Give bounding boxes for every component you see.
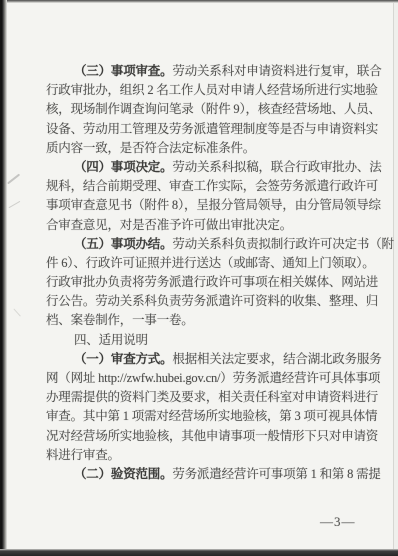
paragraph-sec4-line: 合审查意见，对是否准予许可做出审批决定。 (46, 216, 368, 235)
scan-artifact (13, 308, 21, 316)
paragraph-sec3-line: 行政审批办，组织 2 名工作人员对申请人经营场所进行实地验 (46, 81, 368, 100)
paragraph-sec3-text: 劳动关系科对申请资料进行复审，联合 (172, 64, 381, 78)
paragraph-sec4-line: 事项审查意见书（附件 8），呈报分管局领导，由分管局领导综 (46, 196, 368, 215)
paragraph-sec4-line: （四）事项决定。劳动关系科拟稿，联合行政审批办、法 (46, 158, 368, 177)
paragraph-sec5-lead: （五）事项办结。 (74, 237, 172, 251)
paragraph-use1-line: 审查。其中第 1 项需对经营场所实地验核，第 3 项可视具体情 (46, 407, 368, 426)
paragraph-sec5-line: 行公告。劳动关系科负责劳务派遣许可资料的收集、整理、归 (46, 292, 368, 311)
page-margin-right (394, 3, 398, 549)
paragraph-sec3-lead: （三）事项审查。 (74, 64, 172, 78)
paragraph-sec5-line: 行政审批办负责将劳务派遣行政许可事项在相关媒体、网站进 (46, 273, 368, 292)
paragraph-sec5-line: 件 6）、行政许可证照并进行送达（或邮寄、通知上门领取）。 (46, 254, 368, 273)
paragraph-use1-line: 办理需提供的资料门类及要求，相关责任科室对申请资料进行 (46, 388, 368, 407)
paragraph-use1-text: 根据相关法定要求，结合湖北政务服务 (172, 352, 381, 366)
paragraph-sec5-line: 档、案卷制作，一事一卷。 (46, 311, 368, 330)
scan-artifact (7, 174, 20, 184)
paragraph-use1-lead: （一）审查方式。 (74, 352, 172, 366)
paragraph-sec5-text: 劳动关系科负责拟制行政许可决定书（附 (172, 237, 393, 251)
page-edge-left (0, 0, 7, 556)
paragraph-sec5-line: （五）事项办结。劳动关系科负责拟制行政许可决定书（附 (46, 235, 368, 254)
paragraph-sec3-line: （三）事项审查。劳动关系科对申请资料进行复审，联合 (46, 62, 368, 81)
paragraph-use2-line: （二）验资范围。劳务派遣经营许可事项第 1 和第 8 需提 (46, 465, 368, 484)
page-number: —3— (320, 514, 356, 530)
page-edge-bottom (0, 549, 398, 556)
paragraph-use1-line: 网（网址 http://zwfw.hubei.gov.cn/）劳务派遣经营许可具… (46, 369, 368, 388)
paragraph-sec3-line: 质内容一致，是否符合法定标准条件。 (46, 139, 368, 158)
document-text: （三）事项审查。劳动关系科对申请资料进行复审，联合 行政审批办，组织 2 名工作… (46, 62, 368, 484)
page-edge-top (0, 0, 398, 3)
paragraph-sec4-text: 劳动关系科拟稿，联合行政审批办、法 (172, 160, 381, 174)
scanned-document-page: （三）事项审查。劳动关系科对申请资料进行复审，联合 行政审批办，组织 2 名工作… (0, 0, 398, 556)
paragraph-sec3-line: 核，现场制作调查询问笔录（附件 9），核查经营场地、人员、 (46, 100, 368, 119)
paragraph-use1-line: 况对经营场所实地验核，其他申请事项一般情形下只对申请资 (46, 427, 368, 446)
paragraph-sec3-line: 设备、劳动用工管理及劳务派遣管理制度等是否与申请资料实 (46, 120, 368, 139)
paragraph-use2-lead: （二）验资范围。 (74, 467, 172, 481)
section-heading: 四、适用说明 (46, 331, 368, 350)
paragraph-sec4-line: 规科，结合前期受理、审查工作实际，会签劳务派遣行政许可 (46, 177, 368, 196)
paragraph-sec4-lead: （四）事项决定。 (74, 160, 172, 174)
paragraph-use1-line: 料进行审查。 (46, 446, 368, 465)
scan-artifact (9, 201, 21, 209)
paragraph-use1-line: （一）审查方式。根据相关法定要求，结合湖北政务服务 (46, 350, 368, 369)
paragraph-use2-text: 劳务派遣经营许可事项第 1 和第 8 需提 (172, 467, 380, 481)
